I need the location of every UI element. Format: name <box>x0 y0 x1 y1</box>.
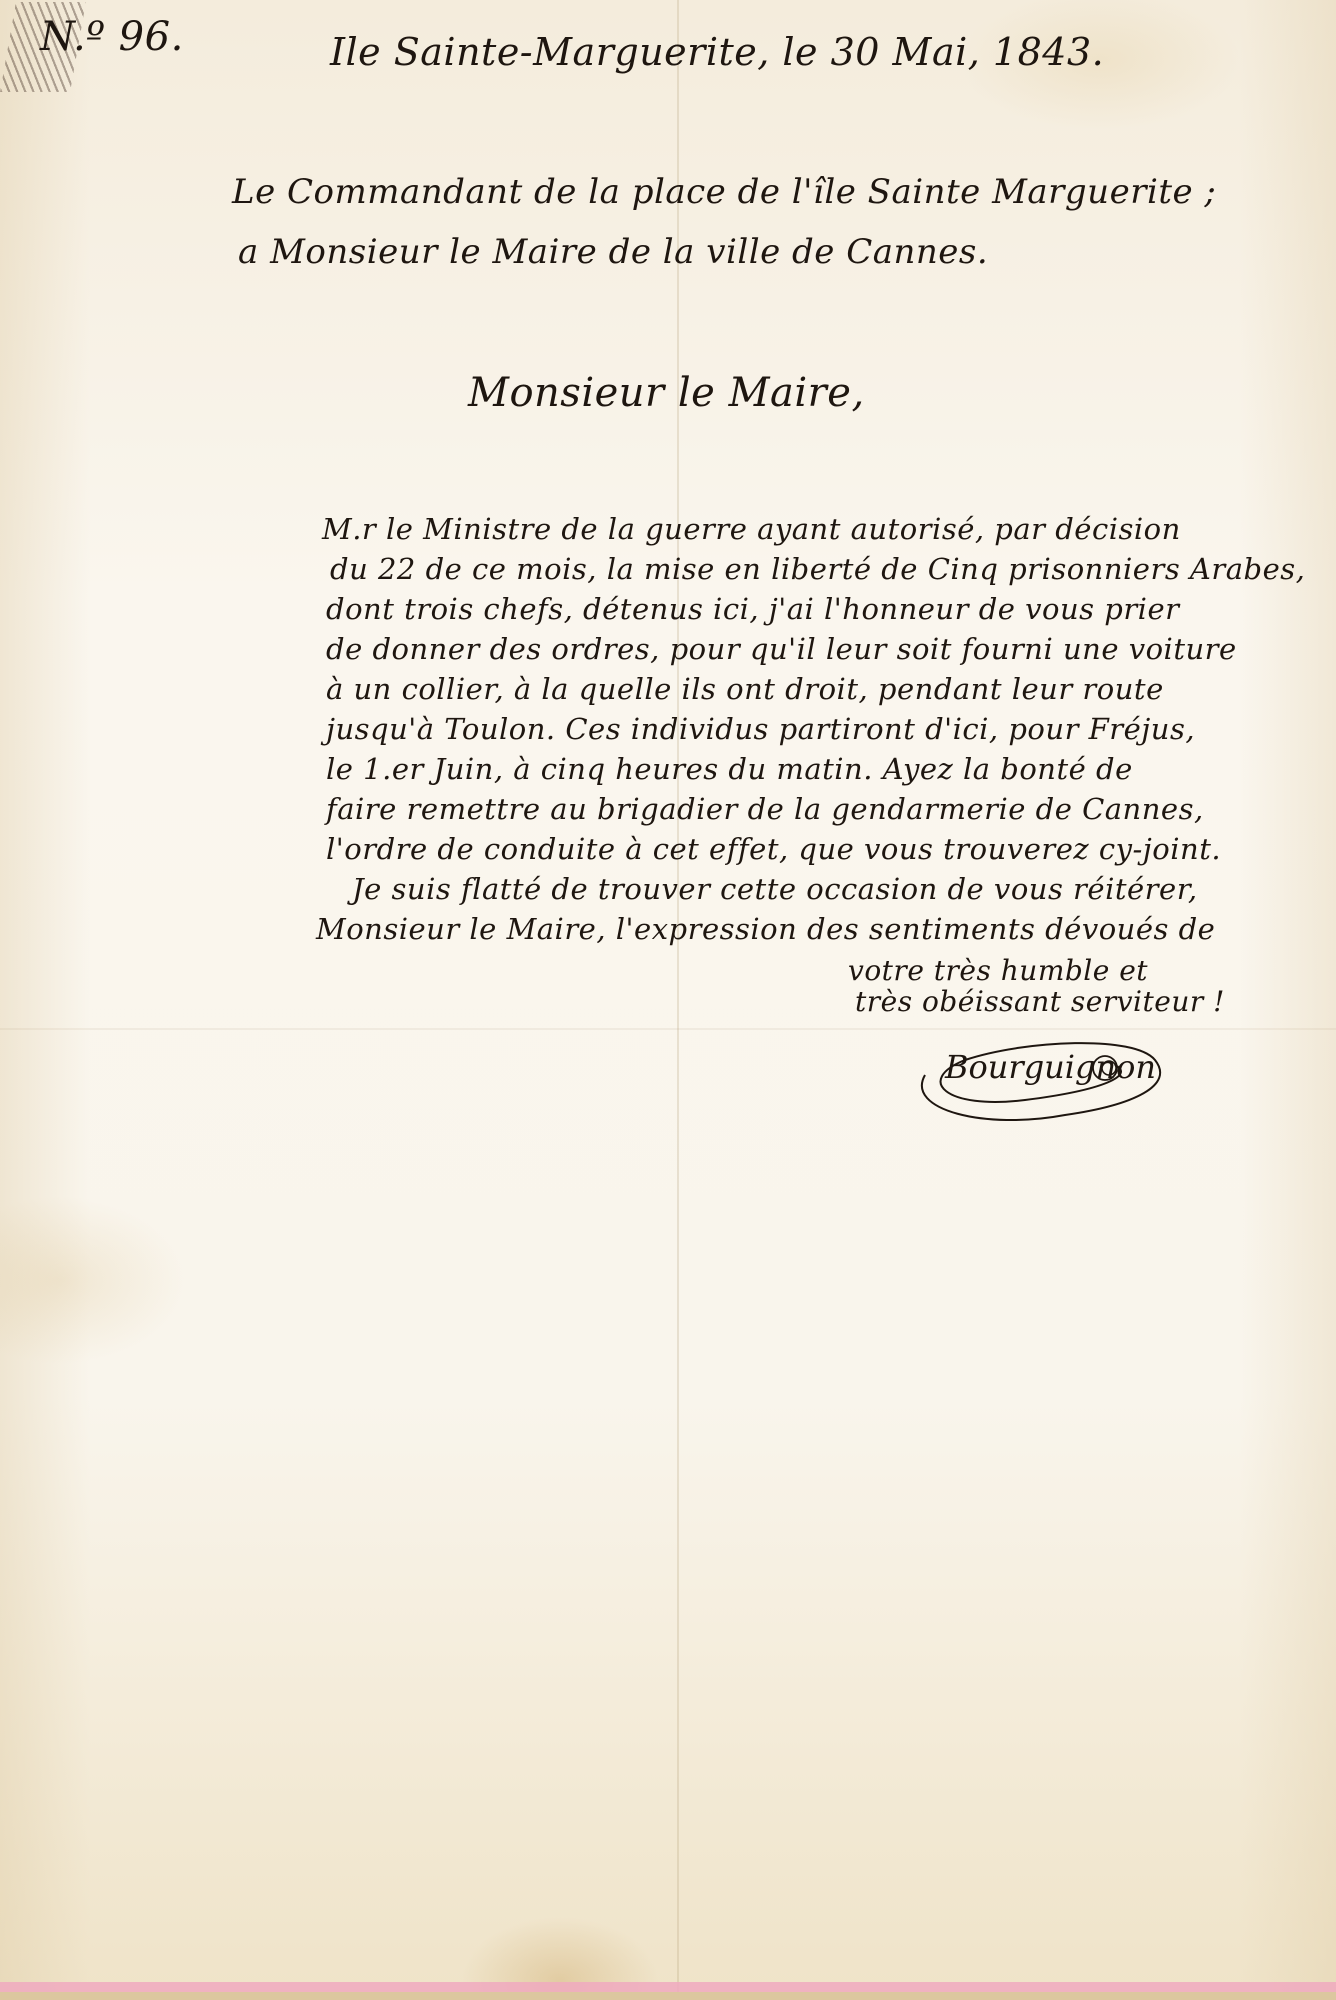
body-line: de donner des ordres, pour qu'il leur so… <box>326 632 1237 666</box>
sender-line: Le Commandant de la place de l'île Saint… <box>232 172 1216 212</box>
body-line: M.r le Ministre de la guerre ayant autor… <box>322 512 1181 546</box>
dateline: Ile Sainte-Marguerite, le 30 Mai, 1843. <box>330 30 1104 74</box>
body-line: faire remettre au brigadier de la gendar… <box>326 792 1204 826</box>
body-line: jusqu'à Toulon. Ces individus partiront … <box>326 712 1195 746</box>
body-line: Monsieur le Maire, l'expression des sent… <box>316 912 1215 946</box>
signature-name: Bourguignon <box>945 1048 1156 1086</box>
closing-line-2: très obéissant serviteur ! <box>855 985 1225 1018</box>
body-line: du 22 de ce mois, la mise en liberté de … <box>330 552 1305 586</box>
document-number: N.º 96. <box>40 14 184 60</box>
body-line: l'ordre de conduite à cet effet, que vou… <box>326 832 1221 866</box>
vertical-fold-crease <box>677 0 679 2000</box>
recipient-line: a Monsieur le Maire de la ville de Canne… <box>238 232 988 272</box>
body-line: dont trois chefs, détenus ici, j'ai l'ho… <box>326 592 1179 626</box>
closing-line-1: votre très humble et <box>848 954 1148 987</box>
salutation: Monsieur le Maire, <box>468 370 865 416</box>
pink-scan-band <box>0 1982 1336 1992</box>
paper-bottom-edge <box>0 1992 1336 2000</box>
body-line: le 1.er Juin, à cinq heures du matin. Ay… <box>326 752 1133 786</box>
body-line: Je suis flatté de trouver cette occasion… <box>352 872 1198 906</box>
body-line: à un collier, à la quelle ils ont droit,… <box>326 672 1164 706</box>
signature: Bourguignon <box>905 1030 1195 1130</box>
